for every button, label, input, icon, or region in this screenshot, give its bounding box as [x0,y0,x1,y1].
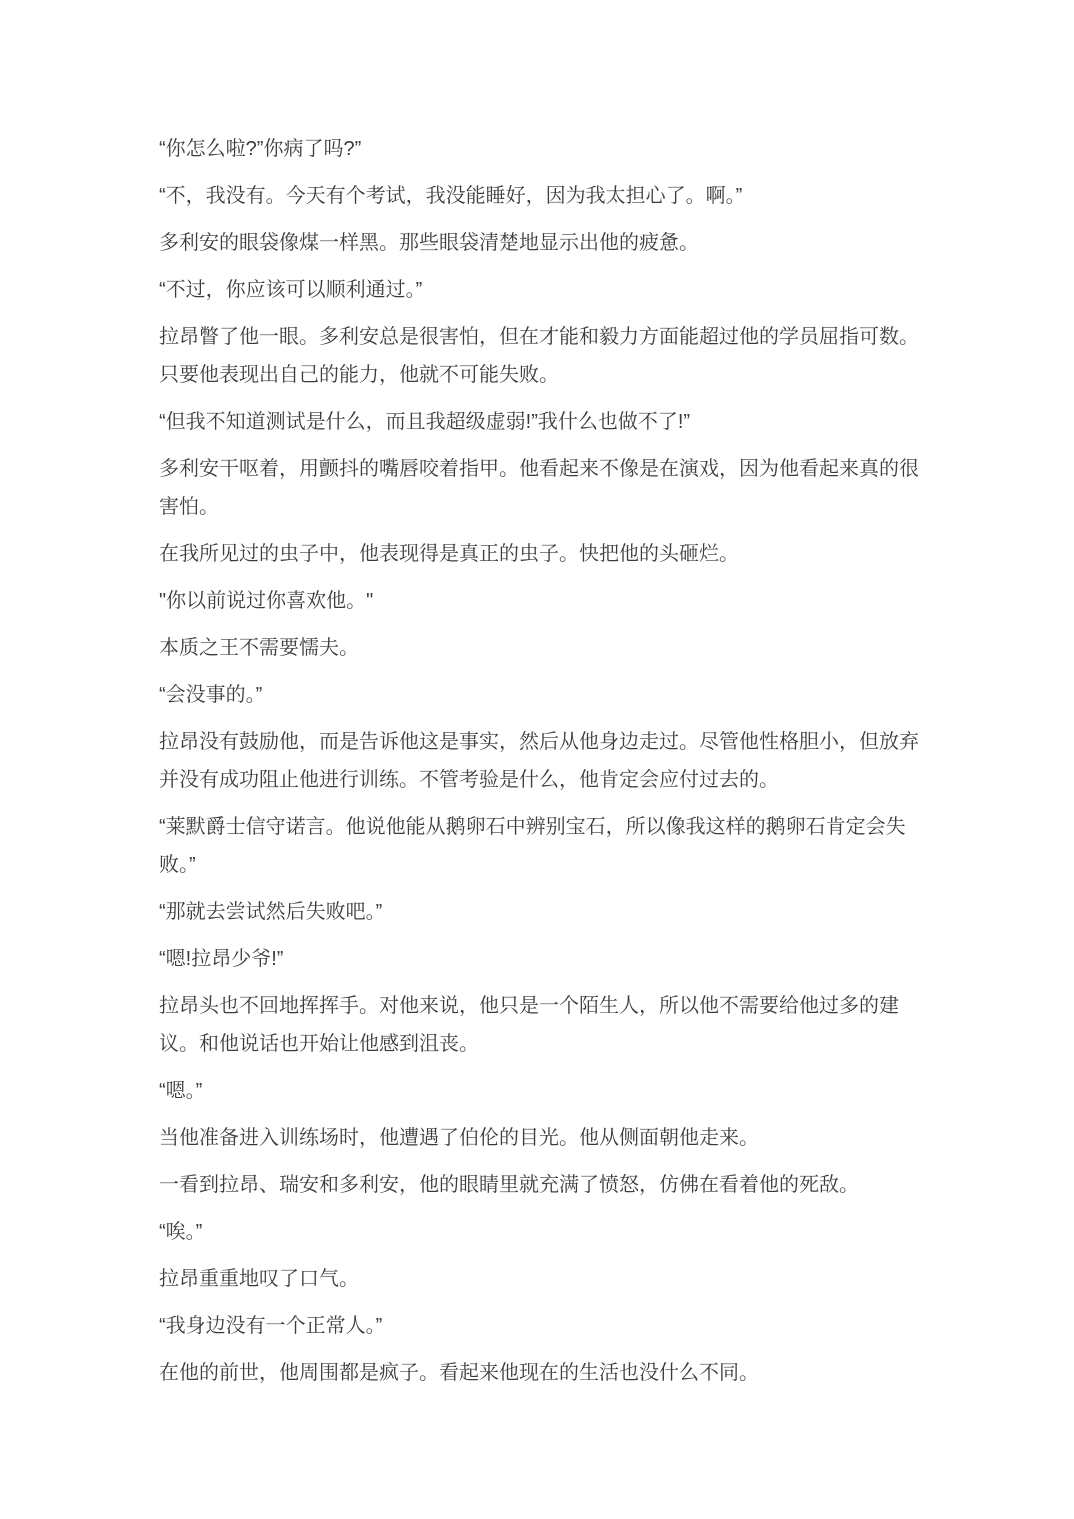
paragraph-9: "你以前说过你喜欢他。" [159,582,919,620]
text-content: “你怎么啦?”你病了吗?” “不，我没有。今天有个考试，我没能睡好，因为我太担心… [159,130,919,1392]
paragraph-23: 在他的前世，他周围都是疯子。看起来他现在的生活也没什么不同。 [159,1354,919,1392]
paragraph-14: “那就去尝试然后失败吧。” [159,893,919,931]
paragraph-11: “会没事的。” [159,676,919,714]
paragraph-7: 多利安干呕着，用颤抖的嘴唇咬着指甲。他看起来不像是在演戏，因为他看起来真的很害怕… [159,450,919,526]
paragraph-18: 当他准备进入训练场时，他遭遇了伯伦的目光。他从侧面朝他走来。 [159,1119,919,1157]
paragraph-13: “莱默爵士信守诺言。他说他能从鹅卵石中辨别宝石，所以像我这样的鹅卵石肯定会失败。… [159,808,919,884]
paragraph-16: 拉昂头也不回地挥挥手。对他来说，他只是一个陌生人，所以他不需要给他过多的建议。和… [159,987,919,1063]
document-page: “你怎么啦?”你病了吗?” “不，我没有。今天有个考试，我没能睡好，因为我太担心… [0,0,1074,1519]
paragraph-12: 拉昂没有鼓励他，而是告诉他这是事实，然后从他身边走过。尽管他性格胆小，但放弃并没… [159,723,919,799]
paragraph-1: “你怎么啦?”你病了吗?” [159,130,919,168]
paragraph-17: “嗯。” [159,1072,919,1110]
paragraph-20: “唉。” [159,1213,919,1251]
paragraph-6: “但我不知道测试是什么，而且我超级虚弱!”我什么也做不了!” [159,403,919,441]
paragraph-8: 在我所见过的虫子中，他表现得是真正的虫子。快把他的头砸烂。 [159,535,919,573]
paragraph-21: 拉昂重重地叹了口气。 [159,1260,919,1298]
paragraph-5: 拉昂瞥了他一眼。多利安总是很害怕，但在才能和毅力方面能超过他的学员屈指可数。只要… [159,318,919,394]
paragraph-15: “嗯!拉昂少爷!” [159,940,919,978]
paragraph-4: “不过，你应该可以顺利通过。” [159,271,919,309]
paragraph-22: “我身边没有一个正常人。” [159,1307,919,1345]
paragraph-10: 本质之王不需要懦夫。 [159,629,919,667]
paragraph-19: 一看到拉昂、瑞安和多利安，他的眼睛里就充满了愤怒，仿佛在看着他的死敌。 [159,1166,919,1204]
paragraph-2: “不，我没有。今天有个考试，我没能睡好，因为我太担心了。啊。” [159,177,919,215]
paragraph-3: 多利安的眼袋像煤一样黑。那些眼袋清楚地显示出他的疲惫。 [159,224,919,262]
